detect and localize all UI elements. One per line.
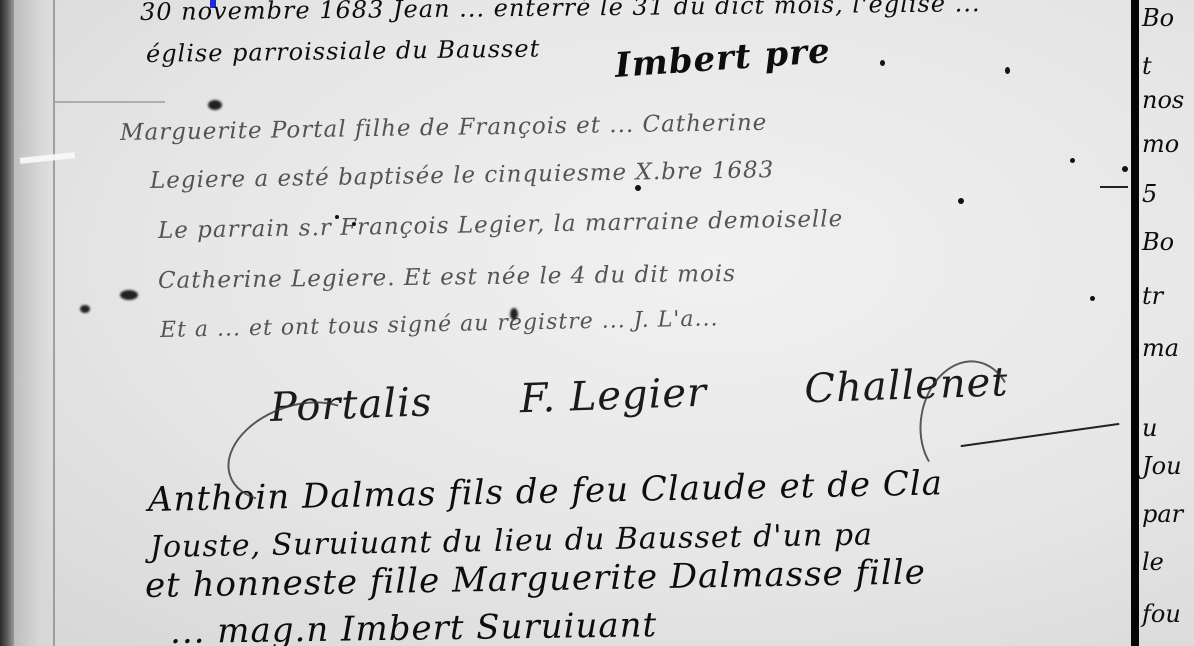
- margin-fragment: le: [1142, 548, 1164, 576]
- entry-line: Le parrain s.r François Legier, la marra…: [158, 206, 844, 244]
- margin-fragment: Bo: [1142, 4, 1174, 32]
- margin-fragment: t: [1142, 52, 1152, 80]
- manuscript-page: 30 novembre 1683 Jean ... enterré le 31 …: [0, 0, 1194, 646]
- margin-fragment: ma: [1142, 334, 1179, 362]
- margin-fragment: nos: [1142, 86, 1184, 114]
- entry-line: ... mag.n Imbert Suruiuant: [170, 605, 658, 646]
- margin-fragment: mo: [1142, 130, 1179, 158]
- binding-gutter: [0, 0, 14, 646]
- entry-line: 30 novembre 1683 Jean ... enterré le 31 …: [140, 0, 981, 26]
- ink-blot: [120, 290, 138, 300]
- ink-blot: [510, 308, 518, 320]
- margin-fragment: Jou: [1142, 452, 1182, 480]
- signature-legier: F. Legier: [519, 370, 708, 423]
- right-column-rule: [1131, 0, 1139, 646]
- margin-fragment: fou: [1142, 600, 1181, 628]
- ink-speck: [880, 60, 885, 66]
- ink-speck: [635, 185, 641, 191]
- margin-fragment: u: [1142, 414, 1157, 442]
- ink-speck: [352, 222, 356, 226]
- ink-speck: [1005, 67, 1010, 74]
- entry-line: Legiere a esté baptisée le cinquiesme X.…: [150, 157, 775, 194]
- entry-line: église parroissiale du Bausset: [146, 34, 541, 68]
- margin-fragment: Bo: [1142, 228, 1174, 256]
- faint-horizontal-rule: [55, 101, 165, 103]
- ink-speck: [1122, 166, 1128, 172]
- ink-speck: [335, 215, 339, 219]
- right-margin-column: Bo t nos mo 5 Bo tr ma u Jou par le fou: [1142, 0, 1194, 646]
- entry-line: Catherine Legiere. Et est née le 4 du di…: [158, 261, 736, 294]
- ink-speck: [1070, 158, 1075, 163]
- margin-fragment: tr: [1142, 282, 1163, 310]
- left-margin-rule: [53, 0, 55, 646]
- signatures-row: Portalis F. Legier Challenet: [269, 359, 1009, 431]
- ink-blot: [80, 305, 90, 313]
- entry-line: Et a ... et ont tous signé au registre .…: [160, 306, 719, 343]
- entry-line: Marguerite Portal filhe de François et .…: [120, 110, 768, 146]
- ink-blot: [208, 100, 222, 110]
- gutter-shadow: [14, 0, 56, 646]
- ink-speck: [958, 198, 964, 204]
- margin-fragment: par: [1142, 500, 1183, 528]
- dash-stroke: [1100, 186, 1128, 188]
- ink-speck: [1090, 296, 1095, 301]
- margin-fragment: 5: [1142, 180, 1157, 208]
- signature-imbert: Imbert pre: [614, 31, 832, 86]
